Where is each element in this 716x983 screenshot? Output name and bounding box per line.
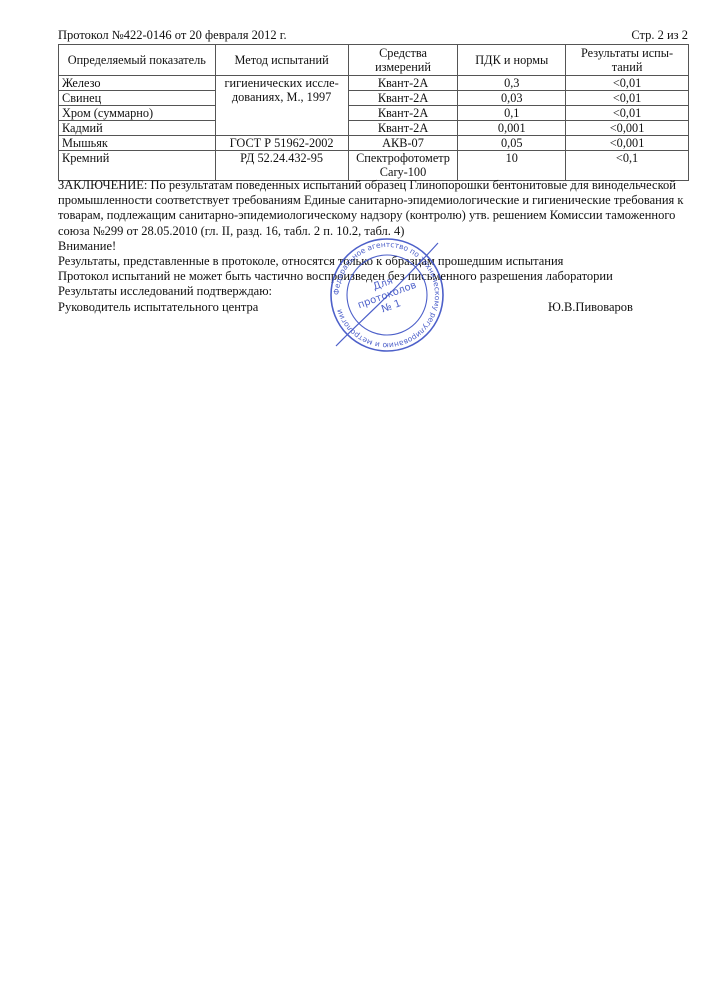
cell-norm: 0,001 (458, 121, 566, 136)
cell-instrument: Спектрофотометр Cary-100 (348, 151, 458, 181)
cell-indicator: Хром (суммарно) (59, 106, 216, 121)
table-header-row: Определяемый показатель Метод испытаний … (59, 45, 689, 76)
cell-instrument: Квант-2А (348, 106, 458, 121)
cell-instrument: Квант-2А (348, 121, 458, 136)
cell-instrument: АКВ-07 (348, 136, 458, 151)
page-indicator: Стр. 2 из 2 (631, 28, 688, 43)
cell-instrument: Квант-2А (348, 91, 458, 106)
cell-indicator: Железо (59, 76, 216, 91)
official-stamp-icon: Федеральное агентство по техническому ре… (328, 228, 446, 363)
column-header-method: Метод испытаний (215, 45, 348, 76)
cell-norm: 10 (458, 151, 566, 181)
cell-result: <0,001 (566, 121, 689, 136)
cell-method: РД 52.24.432-95 (215, 151, 348, 181)
cell-result: <0,01 (566, 91, 689, 106)
cell-method-merged: гигиенических иссле- дованиях, М., 1997 (215, 76, 348, 136)
signatory-role: Руководитель испытательного центра (58, 300, 258, 314)
document-page: Протокол №422-0146 от 20 февраля 2012 г.… (0, 0, 716, 983)
column-header-result: Результаты испы- таний (566, 45, 689, 76)
cell-norm: 0,05 (458, 136, 566, 151)
results-table: Определяемый показатель Метод испытаний … (58, 44, 689, 181)
cell-instrument: Квант-2А (348, 76, 458, 91)
cell-norm: 0,03 (458, 91, 566, 106)
cell-method: ГОСТ Р 51962-2002 (215, 136, 348, 151)
cell-indicator: Кремний (59, 151, 216, 181)
table-row: Хром (суммарно) Квант-2А 0,1 <0,01 (59, 106, 689, 121)
cell-norm: 0,3 (458, 76, 566, 91)
cell-result: <0,001 (566, 136, 689, 151)
column-header-indicator: Определяемый показатель (59, 45, 216, 76)
cell-norm: 0,1 (458, 106, 566, 121)
signatory-name: Ю.В.Пивоваров (548, 300, 633, 315)
table-row: Мышьяк ГОСТ Р 51962-2002 АКВ-07 0,05 <0,… (59, 136, 689, 151)
cell-indicator: Мышьяк (59, 136, 216, 151)
table-row: Железо гигиенических иссле- дованиях, М.… (59, 76, 689, 91)
cell-indicator: Свинец (59, 91, 216, 106)
page-header: Протокол №422-0146 от 20 февраля 2012 г.… (58, 28, 688, 44)
table-row: Кадмий Квант-2А 0,001 <0,001 (59, 121, 689, 136)
column-header-instrument: Средства измерений (348, 45, 458, 76)
cell-indicator: Кадмий (59, 121, 216, 136)
cell-result: <0,01 (566, 76, 689, 91)
cell-result: <0,1 (566, 151, 689, 181)
column-header-norm: ПДК и нормы (458, 45, 566, 76)
table-row: Свинец Квант-2А 0,03 <0,01 (59, 91, 689, 106)
table-row: Кремний РД 52.24.432-95 Спектрофотометр … (59, 151, 689, 181)
protocol-title: Протокол №422-0146 от 20 февраля 2012 г. (58, 28, 287, 43)
cell-result: <0,01 (566, 106, 689, 121)
